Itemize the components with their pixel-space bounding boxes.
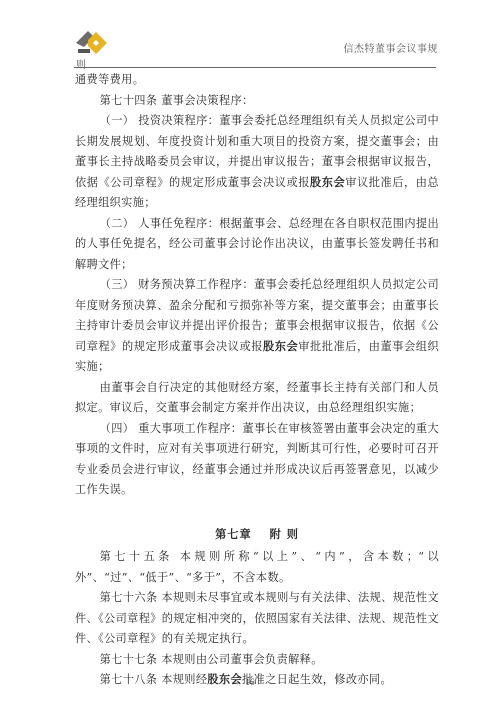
company-logo-icon	[74, 27, 108, 57]
chapter-number: 第七章	[215, 527, 252, 541]
article-75: 第七十五条 本规则所称“以上”、“内”，含本数；“以外”、“过”、“低于”、“多…	[75, 547, 439, 588]
bold-text: 股东会	[263, 340, 298, 353]
header-document-title: 信杰特董事会议事规	[344, 40, 439, 55]
chapter-title: 附 则	[270, 527, 299, 541]
paragraph-personnel-procedure: （二） 人事任免程序：根据董事会、总经理在各自职权范围内提出的人事任免提名，经公…	[75, 214, 439, 276]
paragraph-major-matters: （四） 重大事项工作程序：董事长在审核签署由董事会决定的重大事项的文件时，应对有…	[75, 419, 439, 501]
paragraph-investment-procedure: （一） 投资决策程序：董事会委托总经理组织有关人员拟定公司中长期发展规划、年度投…	[75, 111, 439, 214]
paragraph-other-finance: 由董事会自行决定的其他财经方案，经董事长主持有关部门和人员拟定。审议后，交董事会…	[75, 378, 439, 419]
header-left-text: 则	[76, 56, 86, 71]
page-number: 16	[0, 677, 500, 687]
bold-text: 股东会	[310, 176, 345, 189]
document-body: 通费等费用。 第七十四条 董事会决策程序： （一） 投资决策程序：董事会委托总经…	[75, 70, 439, 691]
article-76: 第七十六条 本规则未尽事宜或本规则与有关法律、法规、规范性文件、《公司章程》的规…	[75, 588, 439, 650]
chapter-heading: 第七章附 则	[75, 524, 439, 545]
article-74-heading: 第七十四条 董事会决策程序：	[75, 91, 439, 112]
header-divider	[74, 67, 436, 68]
paragraph-budget-procedure: （三） 财务预决算工作程序：董事会委托总经理组织人员拟定公司年度财务预决算、盈余…	[75, 275, 439, 378]
article-77: 第七十七条 本规则由公司董事会负责解释。	[75, 650, 439, 671]
paragraph: 通费等费用。	[75, 70, 439, 91]
